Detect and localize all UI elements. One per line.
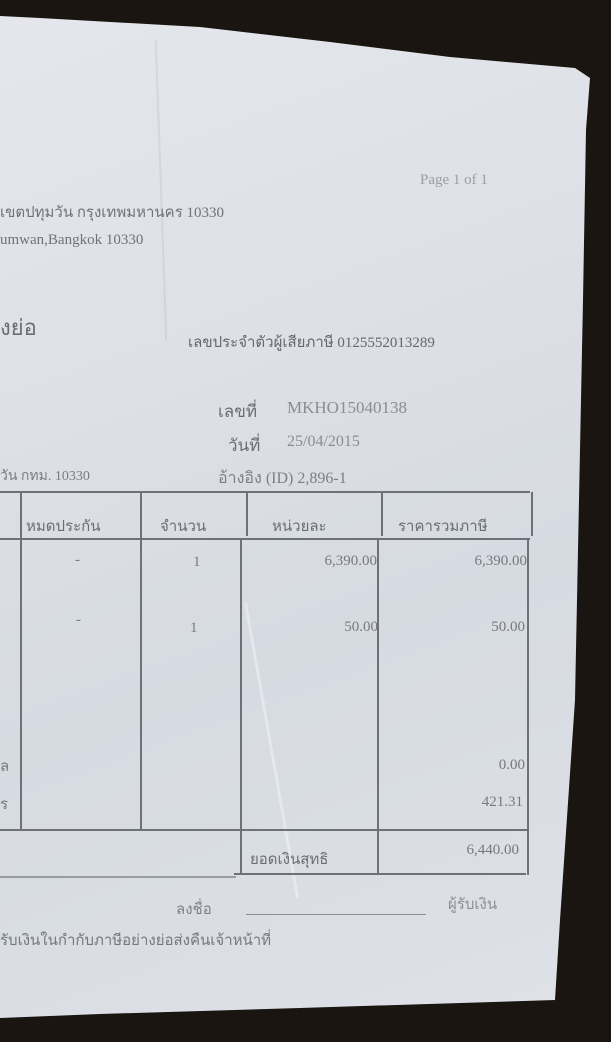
table-border-top: [0, 491, 530, 493]
summary-label-fragment: ร: [0, 792, 8, 816]
date-value: 25/04/2015: [287, 433, 360, 451]
col-divider: [527, 538, 529, 875]
document-title: งย่อ: [0, 310, 37, 345]
discount-value: 0.00: [499, 757, 525, 774]
col-divider: [246, 492, 248, 536]
table-total-bottom: [234, 873, 526, 875]
col-divider: [531, 492, 533, 536]
col-divider: [240, 538, 242, 875]
signature-line: [246, 914, 426, 915]
row-warranty: -: [75, 552, 80, 569]
table-body-bottom: [0, 829, 527, 831]
header-warranty: หมดประกัน: [26, 514, 101, 538]
net-total-label: ยอดเงินสุทธิ: [250, 847, 328, 871]
col-divider: [381, 492, 383, 536]
footer-note: รับเงินในกำกับภาษีอย่างย่อส่งคืนเจ้าหน้า…: [0, 928, 271, 952]
doc-number: MKHO15040138: [287, 398, 407, 418]
table-left-bottom: [0, 876, 236, 878]
table-header-divider: [0, 538, 530, 540]
row-unit-price: 6,390.00: [325, 553, 378, 570]
row-unit-price: 50.00: [344, 619, 378, 636]
customer-address: วัน กทม. 10330: [0, 465, 90, 487]
header-amount: ราคารวมภาษี: [398, 514, 488, 538]
row-warranty: -: [76, 612, 81, 629]
row-quantity: 1: [190, 620, 198, 637]
receiver-label: ผู้รับเงิน: [448, 892, 497, 916]
company-address-thai: เขตปทุมวัน กรุงเทพมหานคร 10330: [0, 200, 224, 224]
signature-label: ลงชื่อ: [176, 897, 212, 921]
row-amount: 50.00: [491, 619, 525, 636]
net-total-value: 6,440.00: [467, 842, 520, 859]
doc-number-label: เลขที่: [218, 398, 257, 425]
summary-label-fragment: ล: [0, 754, 9, 778]
col-divider: [140, 492, 142, 830]
vat-value: 421.31: [482, 794, 523, 811]
header-unit-price: หน่วยละ: [272, 514, 327, 538]
col-divider: [20, 492, 22, 830]
company-address-english: umwan,Bangkok 10330: [0, 232, 143, 249]
date-label: วันที่: [228, 432, 260, 459]
col-divider: [377, 538, 379, 875]
row-amount: 6,390.00: [475, 553, 528, 570]
row-quantity: 1: [193, 554, 201, 571]
reference-id: อ้างอิง (ID) 2,896-1: [218, 466, 347, 491]
header-quantity: จำนวน: [160, 514, 206, 538]
tax-id: เลขประจำตัวผู้เสียภาษี 0125552013289: [188, 330, 435, 354]
page-indicator: Page 1 of 1: [420, 172, 488, 189]
